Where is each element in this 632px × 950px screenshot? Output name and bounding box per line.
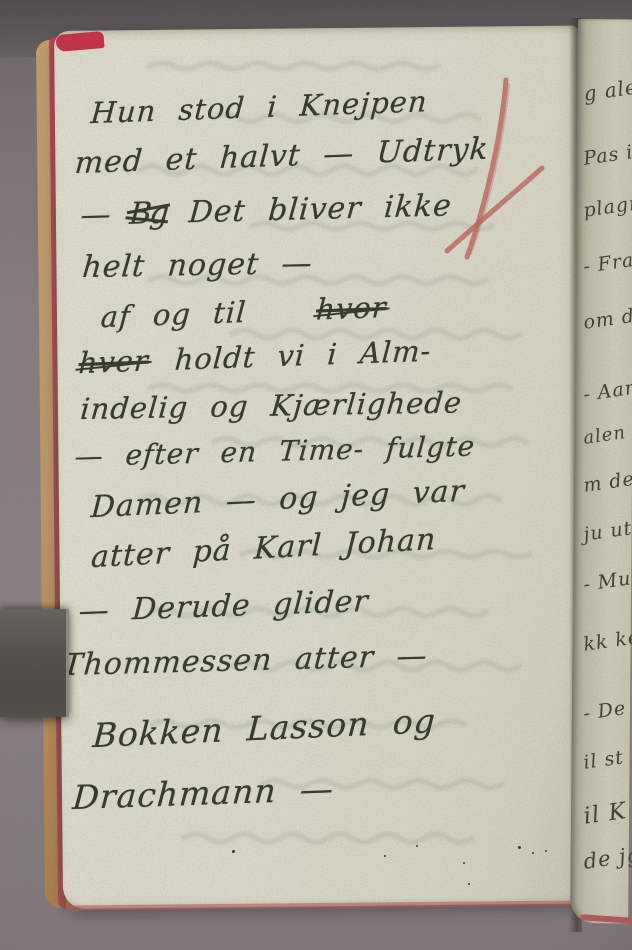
facing-page-text-fragment: - Aan bbox=[582, 376, 632, 405]
facing-page-text-fragment: - De bbox=[582, 697, 628, 725]
facing-page-text-fragment: Pas i bbox=[582, 141, 632, 170]
facing-page-text-fragment: m de L bbox=[582, 465, 632, 497]
photo-stage: Hun stod i Knejpenmed et halvt — Udtryk—… bbox=[0, 0, 632, 950]
facing-page-text-fragment: kk ke bbox=[582, 626, 632, 656]
facing-page-text-fragment: g ale bbox=[582, 74, 632, 105]
facing-page-text-fragment: om de bbox=[582, 303, 632, 334]
facing-page-text-fragment: il K bbox=[582, 798, 628, 830]
facing-page-text-layer: g alePas iplagre- Fraasom de- Aanalen am… bbox=[0, 0, 632, 950]
facing-page-text-fragment: - Mun bbox=[582, 565, 632, 595]
facing-page-text-fragment: ju ut bbox=[582, 517, 632, 546]
facing-page-text-fragment: - Fraas bbox=[582, 246, 632, 278]
facing-page-text-fragment: de jg bbox=[582, 842, 632, 874]
facing-page-text-fragment: il st bbox=[582, 746, 625, 773]
facing-page-text-fragment: plagre bbox=[582, 191, 632, 222]
facing-page-text-fragment: alen a bbox=[582, 419, 632, 448]
metal-clip bbox=[0, 609, 69, 717]
